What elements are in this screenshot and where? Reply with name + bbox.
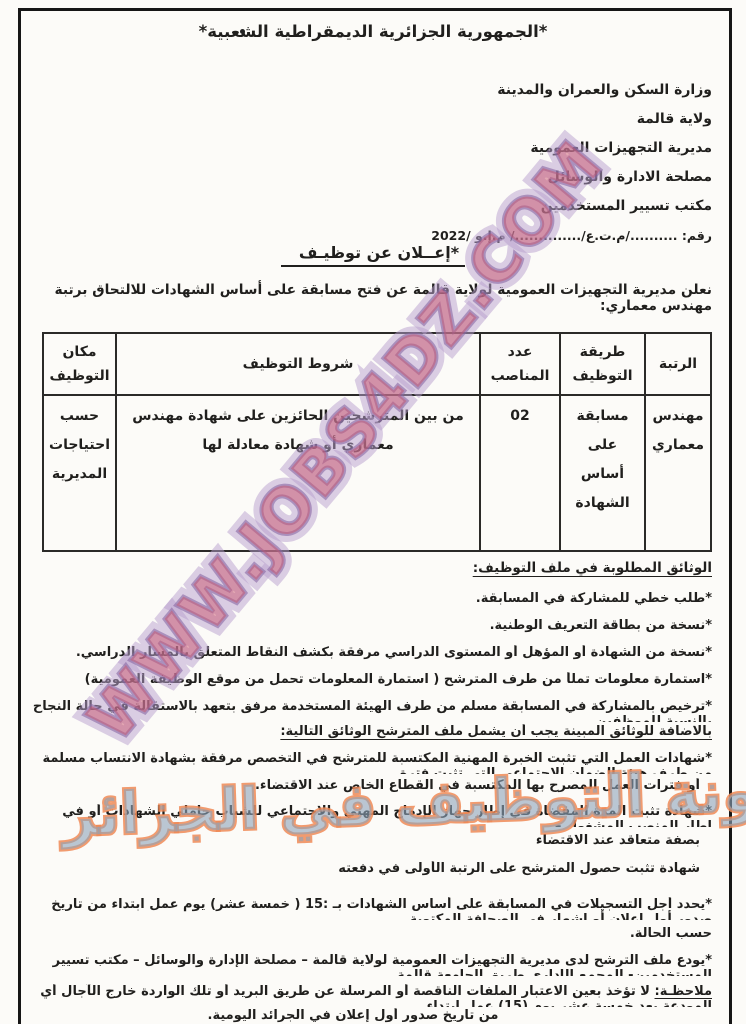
document-item: *ترخيص بالمشاركة في المسابقة مسلم من طرف… — [30, 699, 712, 722]
ink-speck — [240, 29, 245, 34]
ministry-header-block: وزارة السكن والعمران والمدينة ولاية قالم… — [431, 76, 712, 250]
note-last-line: من تاريخ صدور أول إعلان في الجرائد اليوم… — [150, 1008, 556, 1024]
documents-section-title: الوثائق المطلوبة في ملف التوظيف: — [30, 560, 712, 583]
deadline-paragraph-cont: حسب الحالة. — [30, 926, 712, 949]
header-rank: الرتبة — [645, 333, 711, 395]
additional-document-item: *شهادة تثبت المدة المقضاة في إطار جهاز ا… — [30, 804, 712, 827]
ministry-line: وزارة السكن والعمران والمدينة — [431, 76, 712, 105]
additional-document-item: بصفة متعاقد عند الاقتضاء — [30, 833, 700, 856]
additional-document-item: *شهادات العمل التي تثبت الخبرة المهنية ا… — [30, 751, 712, 774]
document-item: *نسخة من بطاقة التعريف الوطنية. — [30, 618, 712, 641]
cell-rank: مهندس معماري — [645, 395, 711, 551]
announcement-title-text: *إعــلان عن توظيـف — [281, 243, 465, 267]
document-item: *استمارة معلومات تملأ من طرف المترشح ( ا… — [30, 672, 712, 695]
document-item: *طلب خطي للمشاركة في المسابقة. — [30, 591, 712, 614]
service-line: مصلحة الادارة والوسائل — [431, 163, 712, 192]
note-label: ملاحظـة: — [655, 984, 712, 999]
cell-location: حسب احتياجات المديرية — [43, 395, 116, 551]
cell-conditions: من بين المترشحين الحائزين على شهادة مهند… — [116, 395, 480, 551]
scanned-job-announcement: *الجمهورية الجزائرية الديمقراطية الشعبية… — [0, 0, 746, 1024]
header-location: مكان التوظيف — [43, 333, 116, 395]
table-header-row: الرتبة طريقة التوظيف عدد المناصب شروط ال… — [43, 333, 711, 395]
office-line: مكتب تسيير المستخدمين — [431, 192, 712, 221]
deposit-paragraph: *يودع ملف الترشح لدى مديرية التجهيزات ال… — [30, 953, 712, 976]
wilaya-line: ولاية قالمة — [431, 105, 712, 134]
additional-document-item: شهادة تثبت حصول المترشح على الرتبة الأول… — [30, 861, 700, 884]
announcement-intro: نعلن مديرية التجهيزات العمومية لولاية قا… — [24, 282, 712, 314]
recruitment-table: الرتبة طريقة التوظيف عدد المناصب شروط ال… — [42, 332, 712, 552]
header-conditions: شروط التوظيف — [116, 333, 480, 395]
header-method: طريقة التوظيف — [560, 333, 645, 395]
cell-positions: 02 — [480, 395, 560, 551]
document-item: *نسخة من الشهادة أو المؤهل أو المستوى ال… — [30, 645, 712, 668]
note-paragraph: ملاحظـة: لا تؤخذ بعين الاعتبار الملفات ا… — [30, 984, 712, 1007]
note-text: لا تؤخذ بعين الاعتبار الملفات الناقصة أو… — [40, 984, 712, 1007]
header-positions: عدد المناصب — [480, 333, 560, 395]
table-row: مهندس معماري مسابقة على أساس الشهادة 02 … — [43, 395, 711, 551]
additional-documents-title: بالاضافة للوثائق المبينة يجب أن يشمل ملف… — [30, 724, 712, 747]
cell-method: مسابقة على أساس الشهادة — [560, 395, 645, 551]
deadline-paragraph: *يحدد أجل التسجيلات في المسابقة على أساس… — [30, 897, 712, 920]
additional-document-item: أو فترات العمل المصرح بها المكتسبة في ال… — [30, 778, 700, 801]
announcement-title: *إعــلان عن توظيـف — [0, 243, 746, 267]
directorate-line: مديرية التجهيزات العمومية — [431, 134, 712, 163]
country-title: *الجمهورية الجزائرية الديمقراطية الشعبية… — [0, 22, 746, 41]
